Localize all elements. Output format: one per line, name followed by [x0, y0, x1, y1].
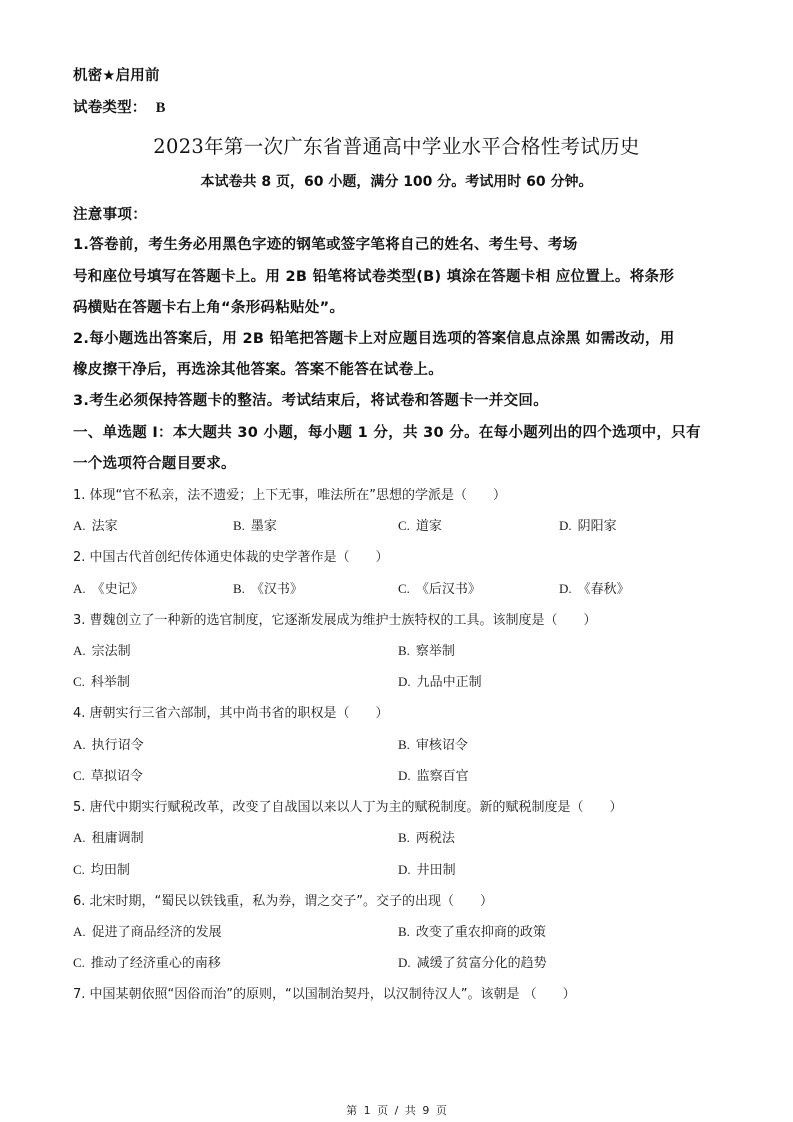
option-1a[interactable]: A.法家: [73, 515, 118, 534]
option-6b[interactable]: B.改变了重农抑商的政策: [398, 921, 546, 940]
option-6a[interactable]: A.促进了商品经济的发展: [73, 921, 222, 940]
page-footer: 第 1 页 / 共 9 页: [0, 1102, 793, 1118]
notice-line: 码横贴在答题卡右上角“条形码粘贴处”。: [73, 296, 344, 317]
question-6: 6. 北宋时期，“蜀民以铁钱重，私为券，谓之交子”。交子的出现（ ）: [73, 890, 493, 909]
option-4d[interactable]: D.监察百官: [398, 765, 469, 784]
question-stem: 中国古代首创纪传体通史体裁的史学著作是（ ）: [90, 550, 389, 565]
section-heading-cont: 一个选项符合题目要求。: [73, 452, 236, 473]
notice-line: 号和座位号填写在答题卡上。用 2B 铅笔将试卷类型(B) 填涂在答题卡相 应位置…: [73, 265, 674, 286]
option-3c[interactable]: C.科举制: [73, 671, 130, 690]
paper-type: 试卷类型： B: [73, 96, 166, 117]
notice-line: 2.每小题选出答案后，用 2B 铅笔把答题卡上对应题目选项的答案信息点涂黑 如需…: [73, 327, 675, 348]
option-3d[interactable]: D.九品中正制: [398, 671, 482, 690]
section-heading: 一、单选题 I：本大题共 30 小题，每小题 1 分，共 30 分。在每小题列出…: [73, 421, 701, 442]
notice-line: 3.考生必须保持答题卡的整洁。考试结束后，将试卷和答题卡一并交回。: [73, 389, 548, 410]
question-2: 2. 中国古代首创纪传体通史体裁的史学著作是（ ）: [73, 546, 389, 565]
question-number: 4.: [73, 706, 85, 721]
option-6d[interactable]: D.减缓了贫富分化的趋势: [398, 952, 547, 971]
question-stem: 唐代中期实行赋税改革，改变了自战国以来以人丁为主的赋税制度。新的赋税制度是（ ）: [90, 800, 623, 815]
option-5a[interactable]: A.租庸调制: [73, 827, 144, 846]
paper-type-value: B: [156, 100, 166, 116]
option-2a[interactable]: A.《史记》: [73, 578, 144, 597]
question-7: 7. 中国某朝依照“因俗而治”的原则，“以国制治契丹，以汉制待汉人”。该朝是 （…: [73, 983, 576, 1002]
option-3b[interactable]: B.察举制: [398, 640, 455, 659]
option-1c[interactable]: C.道家: [398, 515, 442, 534]
option-5b[interactable]: B.两税法: [398, 827, 455, 846]
question-3: 3. 曹魏创立了一种新的选官制度，它逐渐发展成为维护士族特权的工具。该制度是（ …: [73, 609, 597, 628]
option-3a[interactable]: A.宗法制: [73, 640, 131, 659]
confidential-label: 机密★启用前: [73, 64, 160, 85]
question-1: 1. 体现“官不私亲，法不遗爱；上下无事，唯法所在”思想的学派是（ ）: [73, 484, 506, 503]
option-5c[interactable]: C.均田制: [73, 859, 130, 878]
notice-line: 1.答卷前，考生务必用黑色字迹的钢笔或签字笔将自己的姓名、考生号、考场: [73, 233, 578, 254]
option-2c[interactable]: C.《后汉书》: [398, 578, 481, 597]
question-stem: 体现“官不私亲，法不遗爱；上下无事，唯法所在”思想的学派是（ ）: [90, 488, 506, 503]
option-4a[interactable]: A.执行诏令: [73, 734, 144, 753]
question-stem: 唐朝实行三省六部制，其中尚书省的职权是（ ）: [90, 706, 389, 721]
option-4b[interactable]: B.审核诏令: [398, 734, 468, 753]
question-stem: 中国某朝依照“因俗而治”的原则，“以国制治契丹，以汉制待汉人”。该朝是 （ ）: [90, 987, 576, 1002]
question-number: 6.: [73, 894, 85, 909]
question-number: 3.: [73, 613, 85, 628]
notice-heading: 注意事项：: [73, 203, 147, 224]
notice-line: 橡皮擦干净后，再选涂其他答案。答案不能答在试卷上。: [73, 358, 443, 379]
exam-title: 2023年第一次广东省普通高中学业水平合格性考试历史: [0, 131, 793, 159]
option-5d[interactable]: D.井田制: [398, 859, 456, 878]
question-number: 7.: [73, 987, 85, 1002]
question-5: 5. 唐代中期实行赋税改革，改变了自战国以来以人丁为主的赋税制度。新的赋税制度是…: [73, 796, 623, 815]
question-4: 4. 唐朝实行三省六部制，其中尚书省的职权是（ ）: [73, 702, 389, 721]
question-stem: 北宋时期，“蜀民以铁钱重，私为券，谓之交子”。交子的出现（ ）: [90, 894, 493, 909]
paper-type-label: 试卷类型：: [73, 100, 147, 116]
option-2d[interactable]: D.《春秋》: [559, 578, 630, 597]
option-1d[interactable]: D.阴阳家: [559, 515, 617, 534]
exam-subtitle: 本试卷共 8 页，60 小题，满分 100 分。考试用时 60 分钟。: [0, 171, 793, 191]
question-stem: 曹魏创立了一种新的选官制度，它逐渐发展成为维护士族特权的工具。该制度是（ ）: [90, 613, 597, 628]
option-6c[interactable]: C.推动了经济重心的南移: [73, 952, 221, 971]
option-1b[interactable]: B.墨家: [233, 515, 277, 534]
question-number: 2.: [73, 550, 85, 565]
exam-page: 机密★启用前 试卷类型： B 2023年第一次广东省普通高中学业水平合格性考试历…: [0, 0, 793, 1122]
question-number: 5.: [73, 800, 85, 815]
option-4c[interactable]: C.草拟诏令: [73, 765, 143, 784]
option-2b[interactable]: B.《汉书》: [233, 578, 303, 597]
question-number: 1.: [73, 488, 85, 503]
